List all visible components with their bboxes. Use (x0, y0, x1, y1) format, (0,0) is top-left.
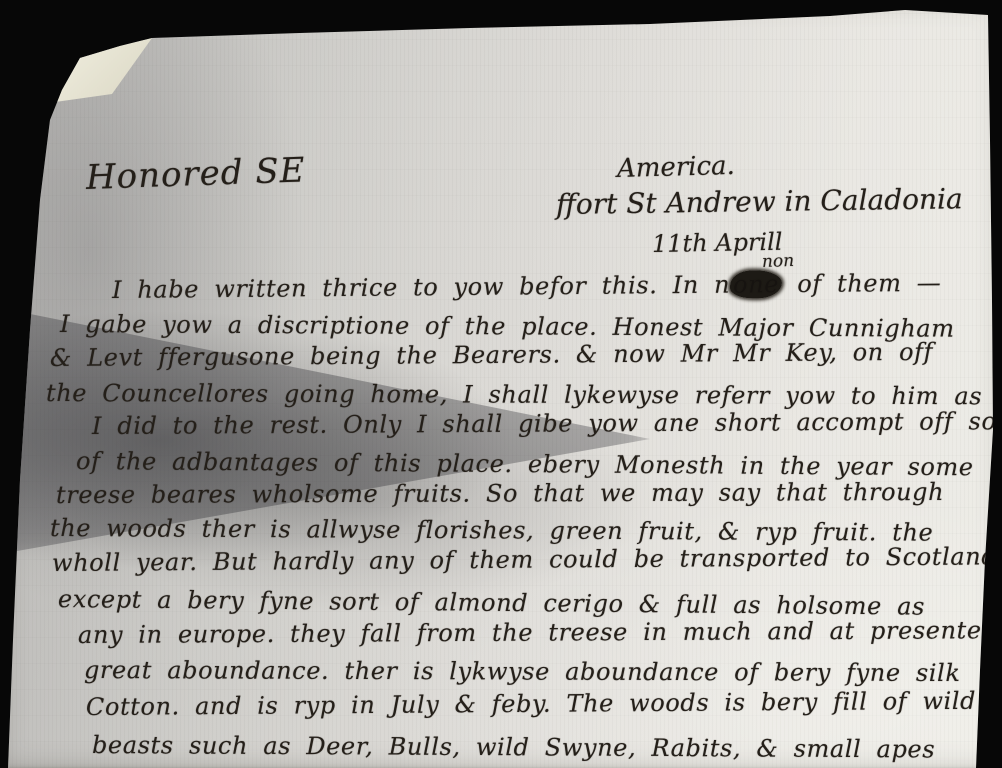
manuscript-line-6: of the adbantages of this place. ebery M… (76, 447, 974, 481)
line-1-text: I habe written thrice to yow befor this.… (112, 271, 730, 304)
manuscript-line-10: except a bery fyne sort of almond cerigo… (58, 585, 925, 621)
manuscript-line-7: treese beares wholsome fruits. So that w… (56, 478, 944, 509)
inserted-word: non (762, 251, 795, 272)
manuscript-line-8: the woods ther is allwyse florishes, gre… (50, 514, 933, 547)
heading-region: America. (617, 151, 736, 184)
line-1-text-end: of them — (797, 269, 941, 298)
heading-place: ffort St Andrew in Caladonia (556, 182, 963, 221)
manuscript-line-5: I did to the rest. Only I shall gibe yow… (92, 407, 1002, 440)
photo-background: Honored SE America. ffort St Andrew in C… (0, 0, 1002, 768)
manuscript-line-14: beasts such as Deer, Bulls, wild Swyne, … (92, 731, 935, 763)
folded-corner (0, 0, 200, 140)
manuscript-line-13: Cotton. and is ryp in July & feby. The w… (86, 687, 976, 721)
ink-blot: one (730, 270, 782, 298)
manuscript-line-3: & Levt ffergusone being the Bearers. & n… (50, 338, 933, 372)
manuscript-line-4: the Councellores going home, I shall lyk… (46, 379, 982, 410)
manuscript-line-12: great aboundance. ther is lykwyse abound… (84, 656, 961, 687)
manuscript-line-1: I habe written thrice to yow befor this.… (112, 269, 942, 304)
manuscript-line-11: any in europe. they fall from the treese… (78, 616, 1002, 649)
salutation: Honored SE (85, 150, 306, 198)
manuscript-page: Honored SE America. ffort St Andrew in C… (0, 0, 1002, 768)
manuscript-line-9: wholl year. But hardly any of them could… (52, 542, 997, 577)
